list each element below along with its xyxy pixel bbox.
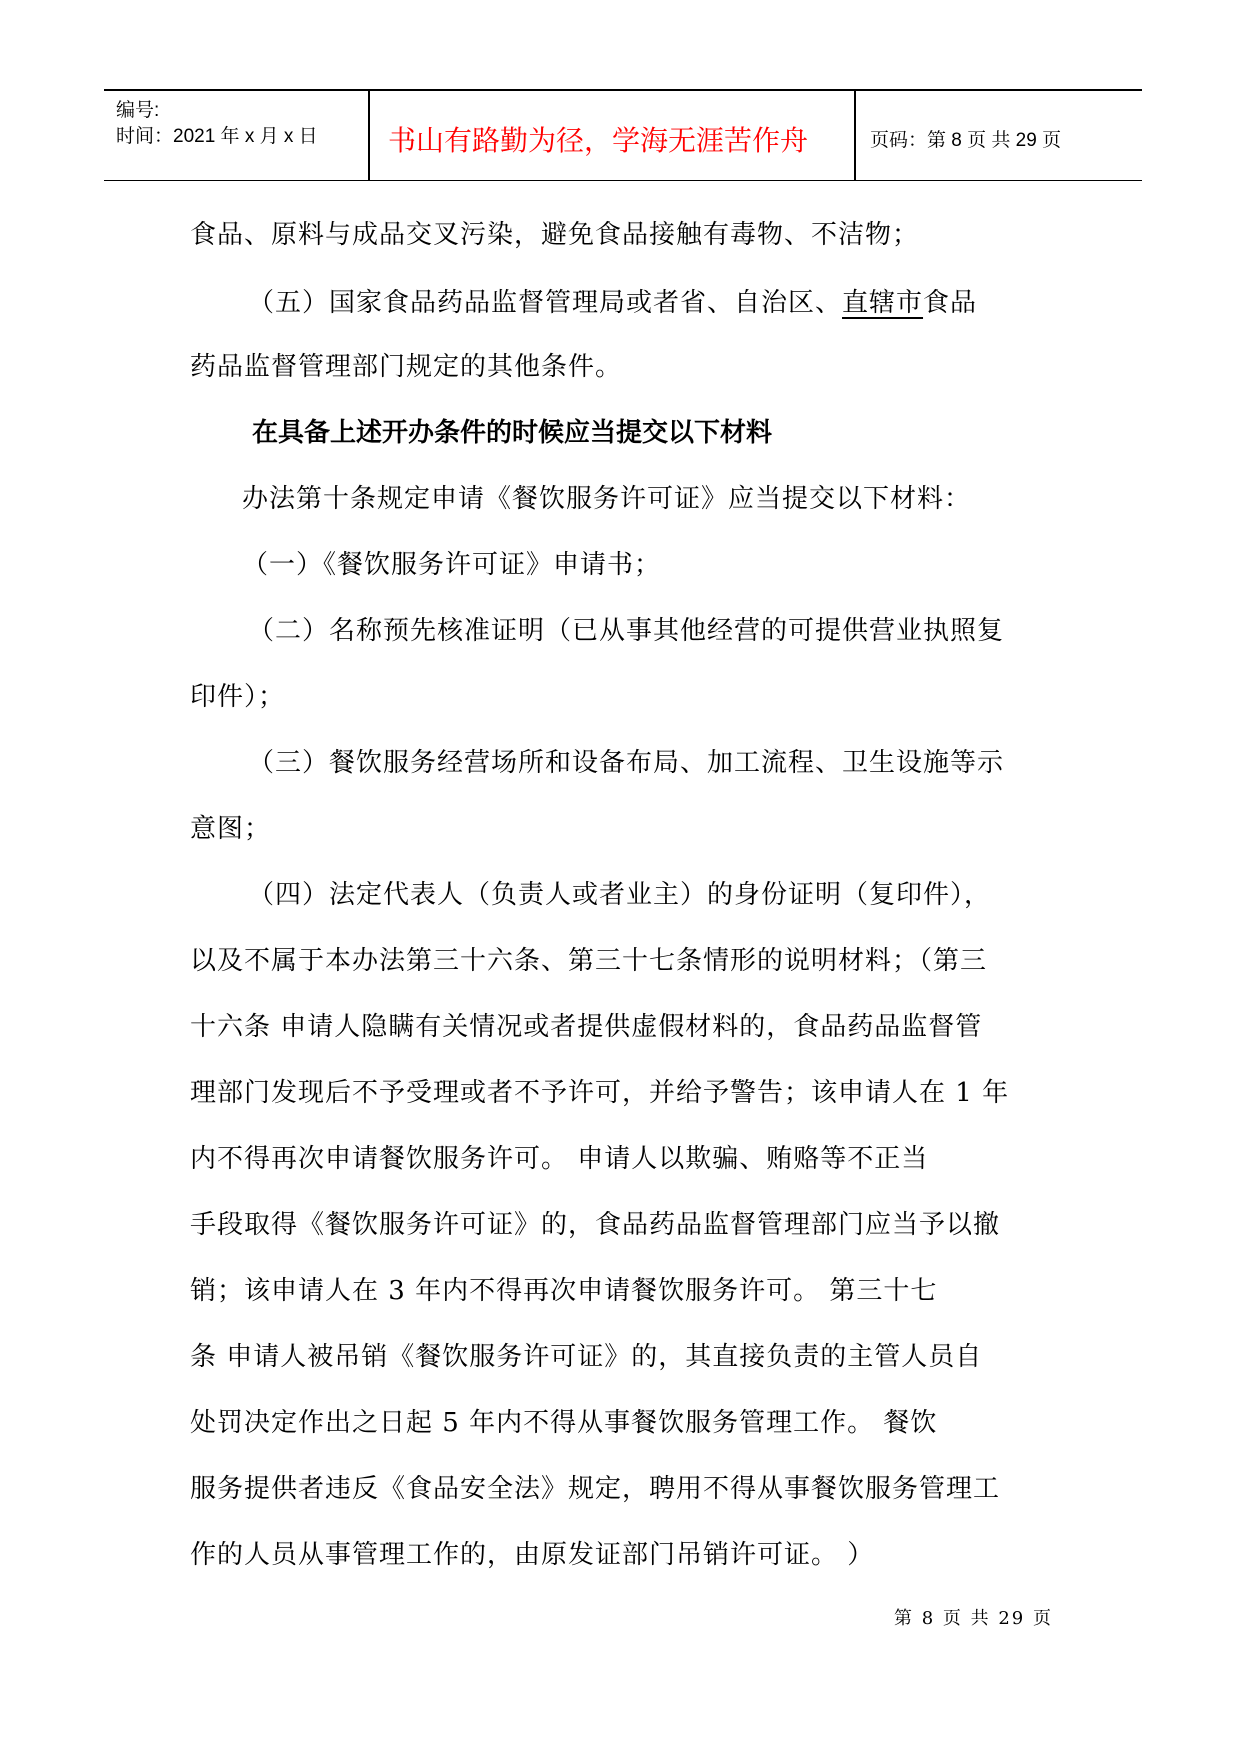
header-page-cell: 页码：第 8 页 共 29 页 [856,91,1142,180]
underlined-term: 直辖市 [842,288,923,318]
page-footer: 第 8 页 共 29 页 [894,1604,1053,1630]
header-page-info: 页码：第 8 页 共 29 页 [870,125,1061,152]
document-header: 编号: 时间：2021 年 x 月 x 日 书山有路勤为径，学海无涯苦作舟 页码… [104,89,1142,181]
paragraph-line: 办法第十条规定申请《餐饮服务许可证》应当提交以下材料： [242,484,971,514]
paragraph-line: 以及不属于本办法第三十六条、第三十七条情形的说明材料；（第三 [190,946,987,976]
paragraph-line: 意图； [190,814,271,844]
paragraph-line: 服务提供者违反《食品安全法》规定，聘用不得从事餐饮服务管理工 [190,1474,1000,1504]
paragraph-line: 处罚决定作出之日起 5 年内不得从事餐饮服务管理工作。 餐饮 [190,1408,937,1438]
text-span: （五）国家食品药品监督管理局或者省、自治区、 [248,288,842,318]
list-item: （四）法定代表人（负责人或者业主）的身份证明（复印件）， [248,880,991,910]
paragraph-line: 理部门发现后不予受理或者不予许可，并给予警告；该申请人在 1 年 [190,1078,1009,1108]
paragraph-line: 药品监督管理部门规定的其他条件。 [190,352,622,382]
header-motto: 书山有路勤为径，学海无涯苦作舟 [388,119,808,159]
document-number-label: 编号: [116,95,159,122]
paragraph-line: 销；该申请人在 3 年内不得再次申请餐饮服务许可。 第三十七 [190,1276,937,1306]
header-meta-cell: 编号: 时间：2021 年 x 月 x 日 [104,91,370,180]
list-item: （二）名称预先核准证明（已从事其他经营的可提供营业执照复 [248,616,1004,646]
document-time-label: 时间：2021 年 x 月 x 日 [116,121,318,148]
section-heading: 在具备上述开办条件的时候应当提交以下材料 [252,418,772,448]
paragraph-line: 印件）； [190,682,285,712]
paragraph-line: 条 申请人被吊销《餐饮服务许可证》的，其直接负责的主管人员自 [190,1342,982,1372]
paragraph-line: （五）国家食品药品监督管理局或者省、自治区、直辖市食品 [248,288,977,318]
list-item: （一）《餐饮服务许可证》申请书； [242,550,661,580]
paragraph-line: 作的人员从事管理工作的，由原发证部门吊销许可证。 ） [190,1540,874,1570]
paragraph-line: 十六条 申请人隐瞒有关情况或者提供虚假材料的，食品药品监督管 [190,1012,982,1042]
list-item: （三）餐饮服务经营场所和设备布局、加工流程、卫生设施等示 [248,748,1004,778]
paragraph-line: 手段取得《餐饮服务许可证》的，食品药品监督管理部门应当予以撤 [190,1210,1000,1240]
paragraph-line: 内不得再次申请餐饮服务许可。 申请人以欺骗、贿赂等不正当 [190,1144,928,1174]
text-span: 食品 [923,288,977,318]
paragraph-line: 食品、原料与成品交叉污染，避免食品接触有毒物、不洁物； [190,220,919,250]
header-motto-cell: 书山有路勤为径，学海无涯苦作舟 [368,91,856,180]
